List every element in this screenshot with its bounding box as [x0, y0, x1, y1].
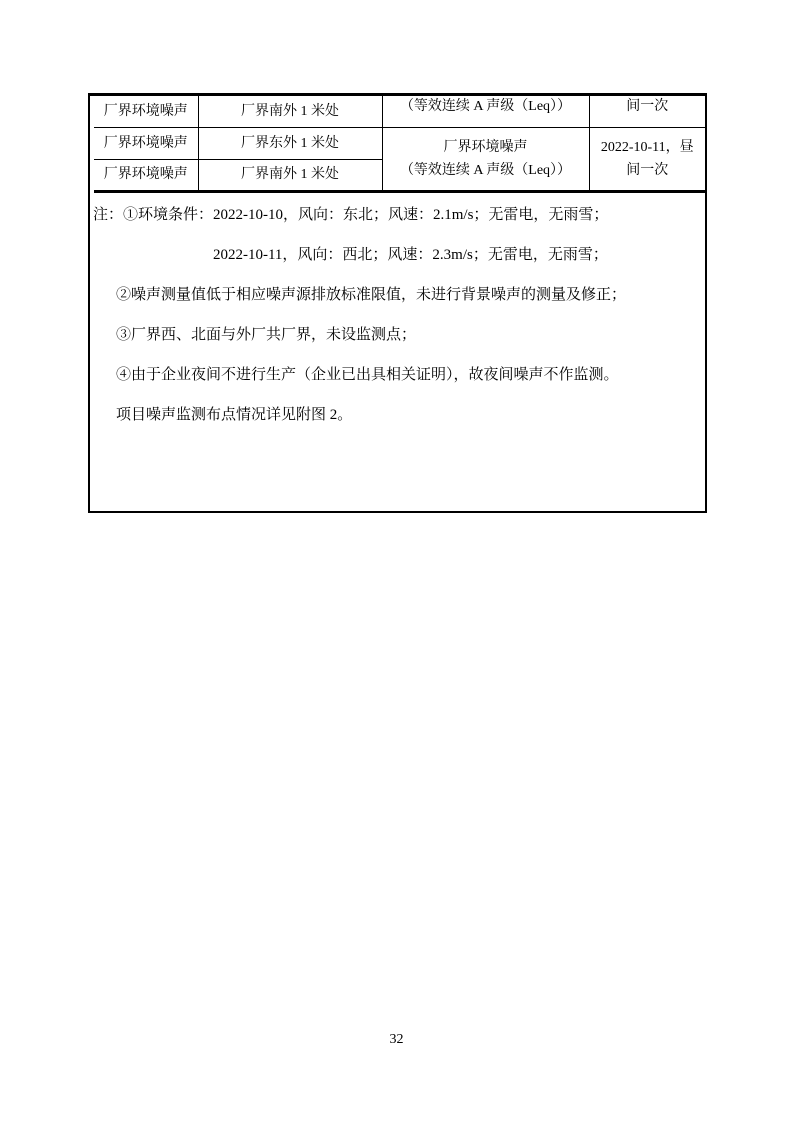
cell-monitor-point: 厂界南外 1 米处	[198, 159, 382, 191]
page-number: 32	[0, 1032, 793, 1048]
document-page: 厂界环境噪声 厂界南外 1 米处 （等效连续 A 声级（Leq）） 间一次 厂界…	[0, 0, 793, 1122]
noise-monitoring-table: 厂界环境噪声 厂界南外 1 米处 （等效连续 A 声级（Leq）） 间一次 厂界…	[94, 96, 705, 193]
cell-item-merged: 厂界环境噪声 （等效连续 A 声级（Leq））	[382, 127, 589, 191]
note-night-monitoring: ④由于企业夜间不进行生产（企业已出具相关证明），故夜间噪声不作监测。	[93, 366, 697, 384]
notes-section: 注：①环境条件：2022-10-10，风向：东北；风速：2.1m/s；无雷电，无…	[90, 193, 705, 424]
cell-monitor-point: 厂界东外 1 米处	[198, 127, 382, 159]
cell-noise-type: 厂界环境噪声	[94, 96, 198, 127]
content-box: 厂界环境噪声 厂界南外 1 米处 （等效连续 A 声级（Leq）） 间一次 厂界…	[88, 93, 707, 513]
cell-frequency-merged: 2022-10-11，昼 间一次	[589, 127, 705, 191]
note-env-conditions: 注：①环境条件：2022-10-10，风向：东北；风速：2.1m/s；无雷电，无…	[93, 206, 697, 224]
table-row-1: 厂界环境噪声 厂界南外 1 米处 （等效连续 A 声级（Leq）） 间一次	[94, 96, 705, 127]
cell-noise-type: 厂界环境噪声	[94, 159, 198, 191]
note-env-conditions-continued: 2022-10-11，风向：西北；风速：2.3m/s；无雷电，无雨雪；	[93, 246, 697, 264]
note-background-noise: ②噪声测量值低于相应噪声源排放标准限值，未进行背景噪声的测量及修正；	[93, 286, 697, 304]
table-row-2: 厂界环境噪声 厂界东外 1 米处 厂界环境噪声 （等效连续 A 声级（Leq））…	[94, 127, 705, 159]
cell-noise-type: 厂界环境噪声	[94, 127, 198, 159]
note-layout-reference: 项目噪声监测布点情况详见附图 2。	[93, 406, 697, 424]
cell-monitor-point: 厂界南外 1 米处	[198, 96, 382, 127]
cell-item-continued: （等效连续 A 声级（Leq））	[382, 96, 589, 127]
cell-frequency-continued: 间一次	[589, 96, 705, 127]
note-shared-boundary: ③厂界西、北面与外厂共厂界，未设监测点；	[93, 326, 697, 344]
